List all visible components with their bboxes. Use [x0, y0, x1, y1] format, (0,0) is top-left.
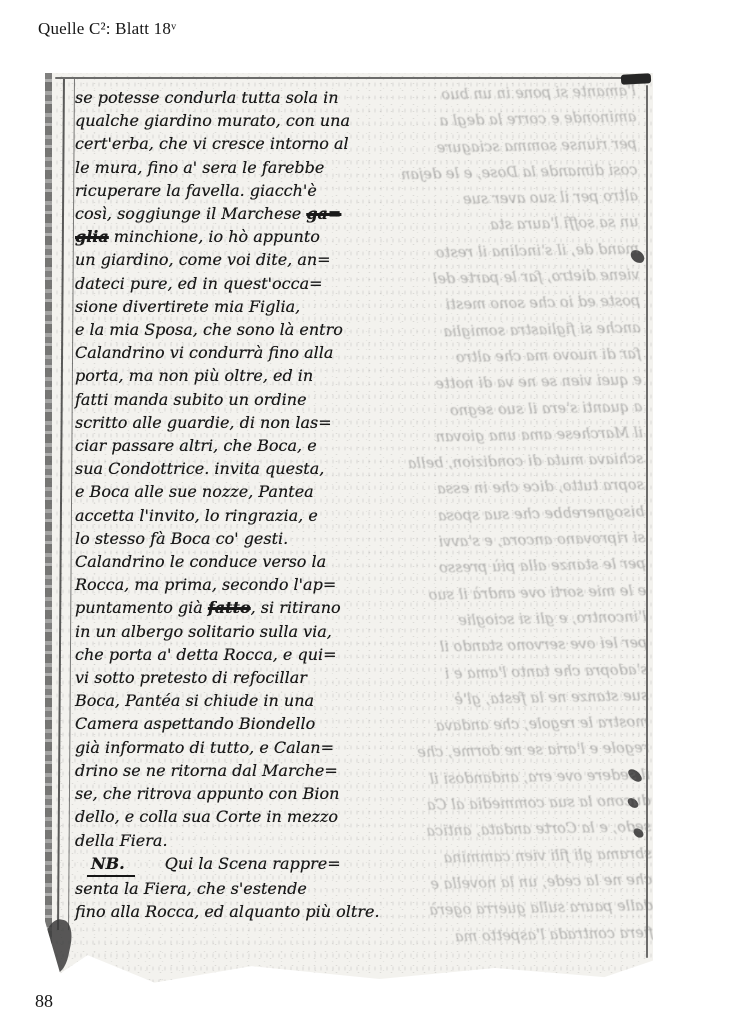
manuscript-line: Calandrino le conduce verso la [75, 550, 415, 573]
manuscript-line: fino alla Rocca, ed alquanto più oltre. [75, 900, 415, 923]
manuscript-line: così, soggiunge il Marchese ga= [75, 202, 415, 225]
manuscript-segment: ciar passare altri, che Boca, e [75, 436, 317, 455]
manuscript-line: Calandrino vi condurrà fino alla [75, 341, 415, 364]
manuscript-line: accetta l'invito, lo ringrazia, e [75, 504, 415, 527]
manuscript-line: già informato di tutto, e Calan= [75, 736, 415, 759]
manuscript-line: puntamento già fatto, si ritirano [75, 596, 415, 619]
manuscript-segment: Qui la Scena rappre= [165, 854, 341, 873]
manuscript-segment: drino se ne ritorna dal Marche= [75, 761, 338, 780]
manuscript-scan: l'amante si pone in un buoaminonde e cor… [45, 73, 653, 990]
manuscript-segment: cert'erba, che vi cresce intorno al [75, 134, 349, 153]
manuscript-segment: accetta l'invito, lo ringrazia, e [75, 506, 318, 525]
manuscript-line: dateci pure, ed in quest'occa= [75, 272, 415, 295]
manuscript-segment: che porta a' detta Rocca, e qui= [75, 645, 337, 664]
manuscript-line: senta la Fiera, che s'estende [75, 877, 415, 900]
manuscript-segment: dello, e colla sua Corte in mezzo [75, 807, 338, 826]
manuscript-segment: porta, ma non più oltre, ed in [75, 366, 313, 385]
manuscript-line: Boca, Pantéa si chiude in una [75, 689, 415, 712]
manuscript-line: sione divertirete mia Figlia, [75, 295, 415, 318]
manuscript-segment: Camera aspettando Biondello [75, 714, 315, 733]
manuscript-line: Camera aspettando Biondello [75, 712, 415, 735]
manuscript-segment: , si ritirano [251, 598, 341, 617]
manuscript-text: se potesse condurla tutta sola inqualche… [75, 86, 415, 923]
manuscript-segment: le mura, fino a' sera le farebbe [75, 158, 324, 177]
manuscript-line: le mura, fino a' sera le farebbe [75, 156, 415, 179]
manuscript-line: che porta a' detta Rocca, e qui= [75, 643, 415, 666]
manuscript-segment: Rocca, ma prima, secondo l'ap= [75, 575, 336, 594]
manuscript-line: Rocca, ma prima, secondo l'ap= [75, 573, 415, 596]
struck-out-word: ga= [306, 204, 341, 223]
manuscript-segment: e Boca alle sue nozze, Pantea [75, 482, 314, 501]
manuscript-line: NB.Qui la Scena rappre= [75, 852, 415, 877]
manuscript-line: se potesse condurla tutta sola in [75, 86, 415, 109]
manuscript-line: glia minchione, io hò appunto [75, 225, 415, 248]
manuscript-segment: se potesse condurla tutta sola in [75, 88, 339, 107]
manuscript-line: scritto alle guardie, di non las= [75, 411, 415, 434]
struck-out-word: glia [75, 227, 109, 246]
manuscript-line: dello, e colla sua Corte in mezzo [75, 805, 415, 828]
source-label: Quelle C²: Blatt 18ᵛ [38, 19, 176, 39]
manuscript-segment: se, che ritrova appunto con Bion [75, 784, 339, 803]
manuscript-segment: un giardino, come voi dite, an= [75, 250, 331, 269]
manuscript-line: e la mia Sposa, che sono là entro [75, 318, 415, 341]
manuscript-line: porta, ma non più oltre, ed in [75, 364, 415, 387]
nota-bene-label: NB. [87, 852, 135, 877]
manuscript-segment: scritto alle guardie, di non las= [75, 413, 332, 432]
manuscript-segment: così, soggiunge il Marchese [75, 204, 306, 223]
manuscript-line: e Boca alle sue nozze, Pantea [75, 480, 415, 503]
manuscript-segment: già informato di tutto, e Calan= [75, 738, 334, 757]
manuscript-segment: puntamento già [75, 598, 208, 617]
struck-out-word: fatto [208, 598, 251, 617]
manuscript-segment: lo stesso fà Boca co' gesti. [75, 529, 288, 548]
manuscript-segment: sione divertirete mia Figlia, [75, 297, 300, 316]
scan-left-edge [45, 73, 52, 944]
manuscript-line: drino se ne ritorna dal Marche= [75, 759, 415, 782]
manuscript-segment: ricuperare la favella. giacch'è [75, 181, 317, 200]
manuscript-segment: senta la Fiera, che s'estende [75, 879, 307, 898]
manuscript-line: lo stesso fà Boca co' gesti. [75, 527, 415, 550]
manuscript-segment: e la mia Sposa, che sono là entro [75, 320, 343, 339]
manuscript-line: in un albergo solitario sulla via, [75, 620, 415, 643]
manuscript-segment: fatti manda subito un ordine [75, 390, 307, 409]
manuscript-segment: qualche giardino murato, con una [75, 111, 350, 130]
manuscript-segment: minchione, io hò appunto [109, 227, 320, 246]
margin-ruled-line [57, 79, 75, 930]
manuscript-segment: dateci pure, ed in quest'occa= [75, 274, 323, 293]
manuscript-segment: in un albergo solitario sulla via, [75, 622, 332, 641]
manuscript-line: qualche giardino murato, con una [75, 109, 415, 132]
manuscript-line: della Fiera. [75, 829, 415, 852]
manuscript-line: sua Condottrice. invita questa, [75, 457, 415, 480]
manuscript-segment: della Fiera. [75, 831, 168, 850]
manuscript-segment: Boca, Pantéa si chiude in una [75, 691, 314, 710]
manuscript-line: ricuperare la favella. giacch'è [75, 179, 415, 202]
manuscript-segment: Calandrino le conduce verso la [75, 552, 326, 571]
manuscript-segment: Calandrino vi condurrà fino alla [75, 343, 333, 362]
manuscript-line: fatti manda subito un ordine [75, 388, 415, 411]
manuscript-line: ciar passare altri, che Boca, e [75, 434, 415, 457]
manuscript-line: un giardino, come voi dite, an= [75, 248, 415, 271]
page-number: 88 [35, 991, 53, 1012]
bleedthrough-line: fiera contrada l'aspetto ma [389, 920, 653, 952]
scan-top-edge [55, 77, 650, 79]
manuscript-line: vi sotto pretesto di refocillar [75, 666, 415, 689]
manuscript-segment: fino alla Rocca, ed alquanto più oltre. [75, 902, 380, 921]
manuscript-segment: vi sotto pretesto di refocillar [75, 668, 307, 687]
manuscript-line: cert'erba, che vi cresce intorno al [75, 132, 415, 155]
ink-blob-bottom-left [37, 916, 76, 976]
manuscript-segment: sua Condottrice. invita questa, [75, 459, 324, 478]
manuscript-line: se, che ritrova appunto con Bion [75, 782, 415, 805]
